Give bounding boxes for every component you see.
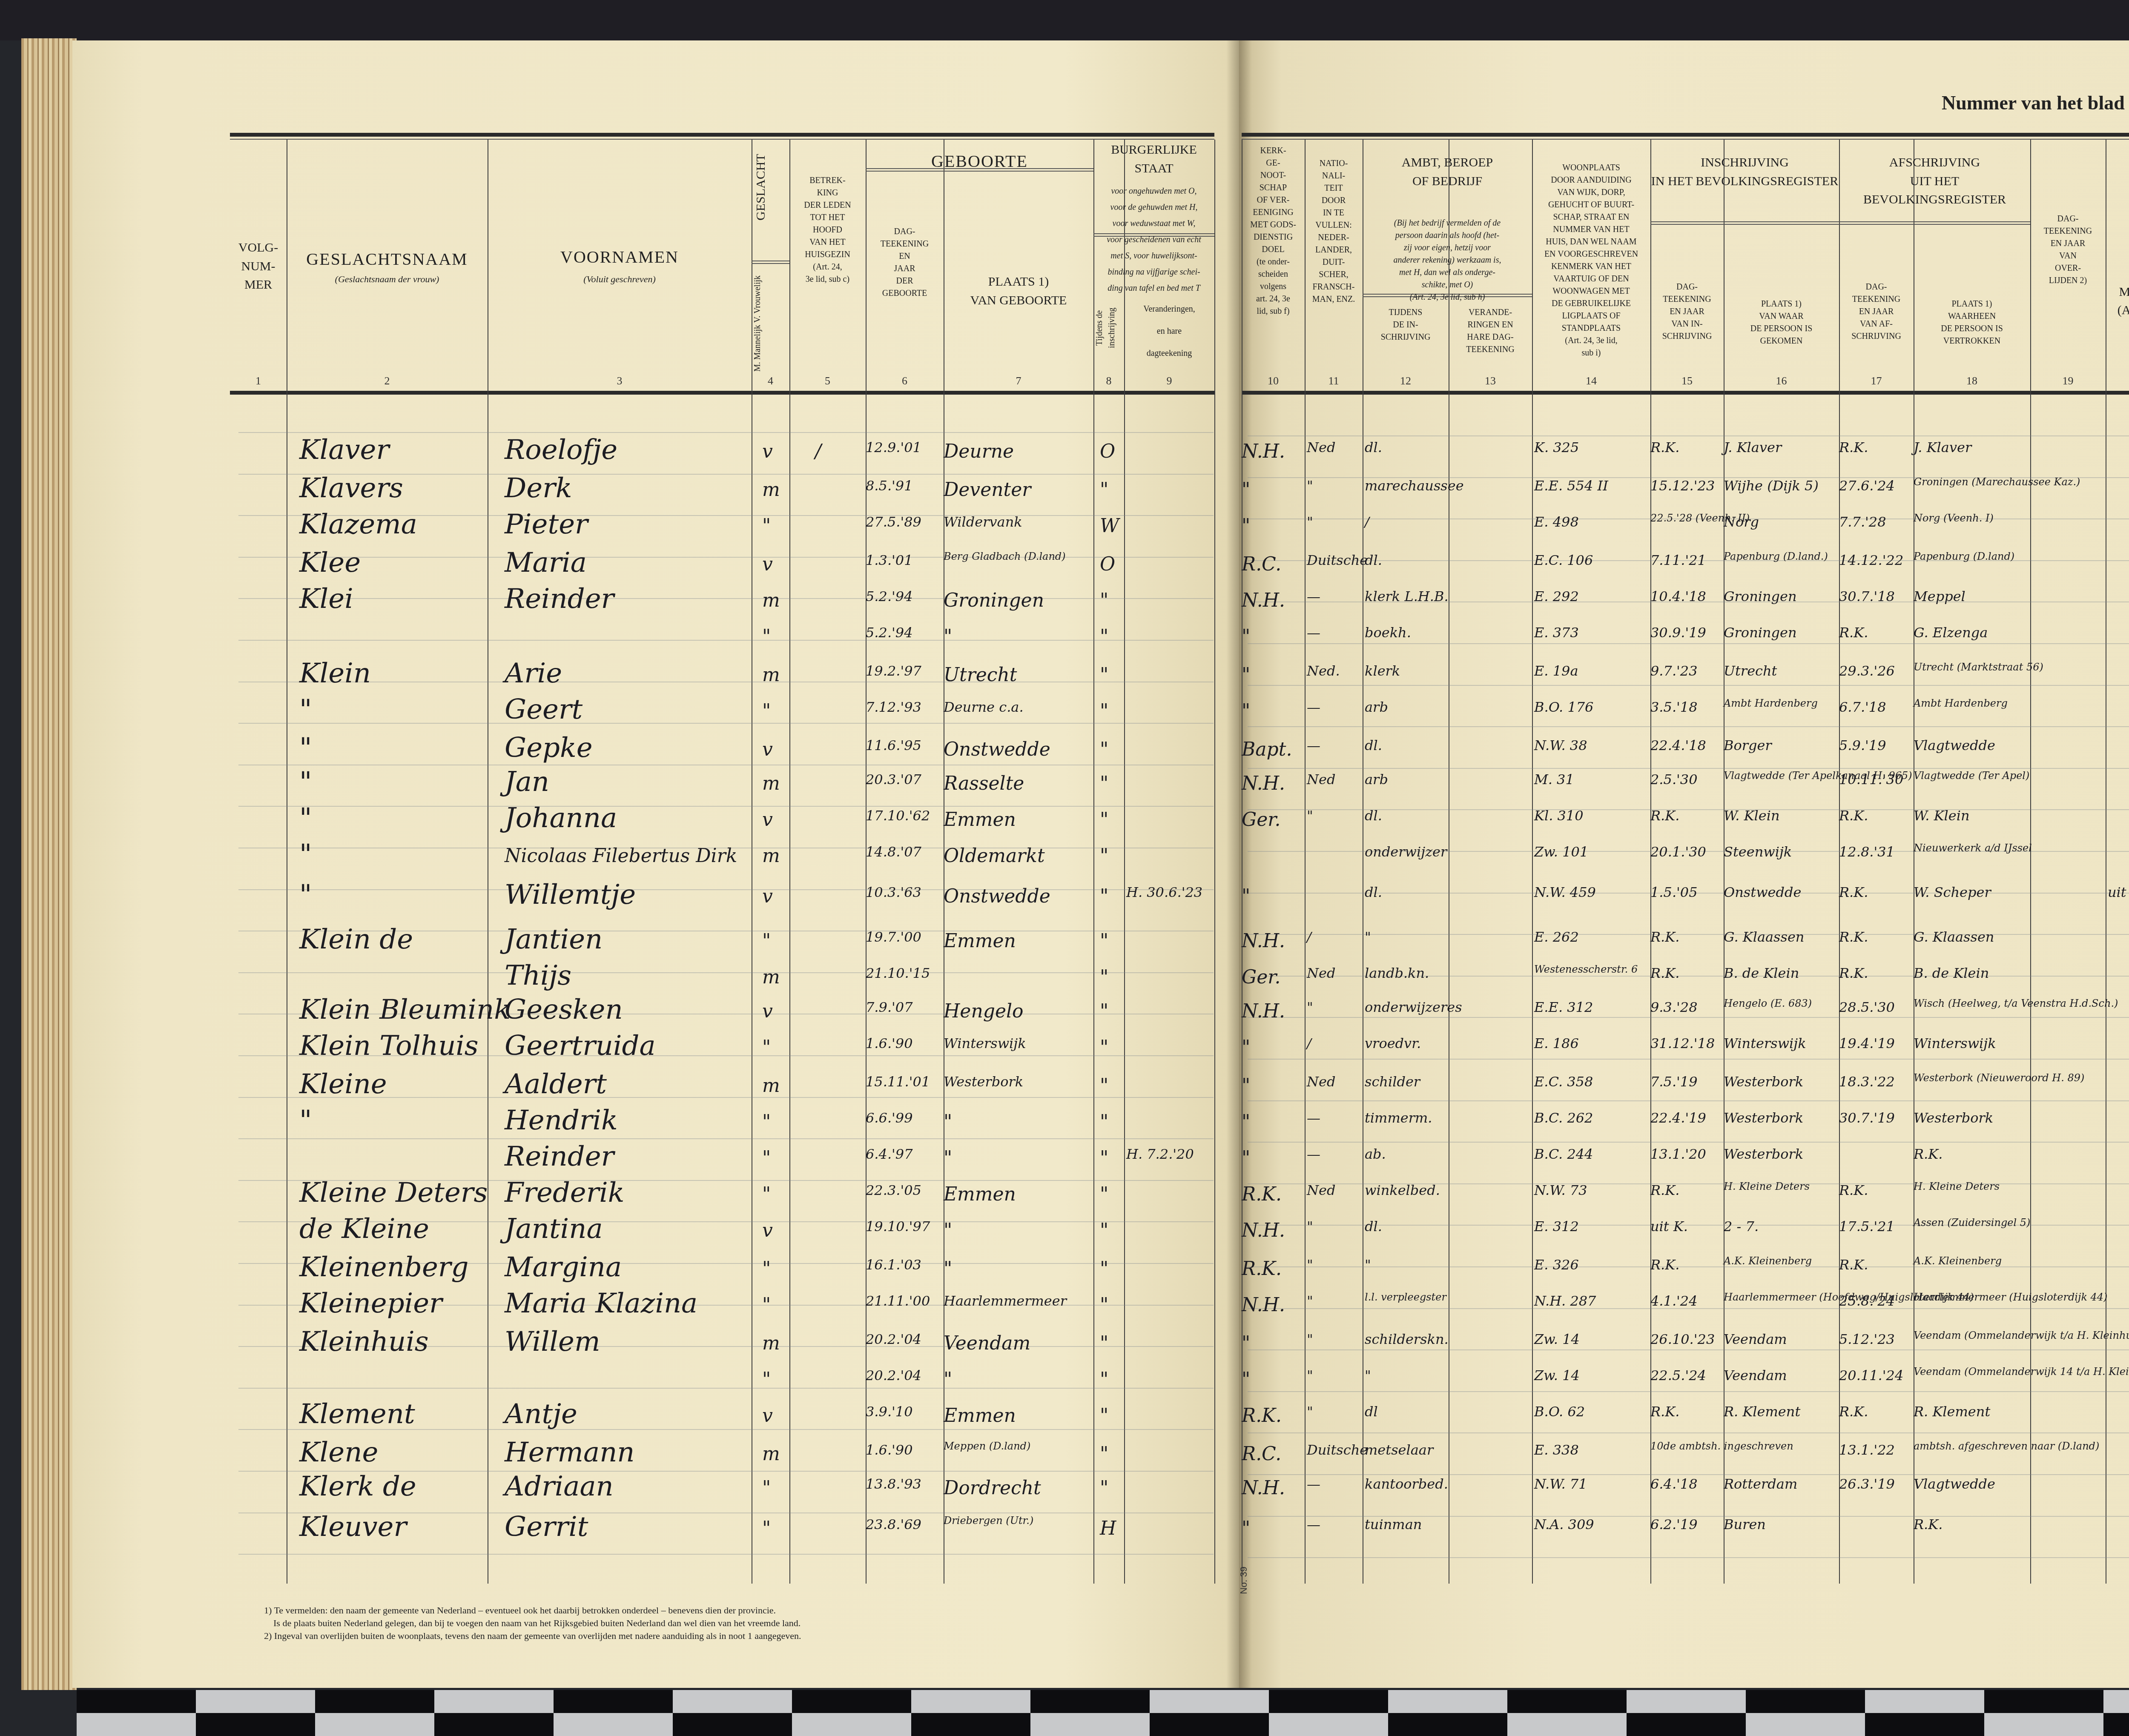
cell-church: Ger.	[1242, 966, 1280, 988]
cell-nationality: Ned	[1307, 1182, 1335, 1198]
cell-nationality: —	[1307, 1146, 1320, 1162]
column-number: 10	[1242, 375, 1305, 387]
cell-church: "	[1242, 1518, 1250, 1539]
cell-reg-from: A.K. Kleinenberg	[1724, 1255, 1812, 1267]
cell-birth-place: Deventer	[944, 479, 1031, 501]
column-number: 5	[789, 375, 866, 387]
cell-church: "	[1242, 885, 1250, 907]
column-number: 1	[230, 375, 287, 387]
cell-birth-date: 13.8.'93	[866, 1476, 921, 1492]
ruled-line	[238, 806, 1214, 807]
column-divider	[1305, 140, 1306, 1584]
header-betrekking: BETREK-KINGDER LEDENTOT HETHOOFDVAN HETH…	[789, 175, 866, 286]
cell-surname: Klerk de	[299, 1471, 416, 1502]
ruled-line	[238, 1554, 1214, 1555]
cell-surname: Klavers	[299, 473, 403, 504]
ruled-line	[1248, 435, 2129, 436]
header-geboorte-plaats: PLAATS 1)VAN GEBOORTE	[944, 272, 1093, 309]
ruled-line	[1248, 685, 2129, 686]
cell-birth-place: "	[944, 626, 952, 647]
cell-sex: "	[762, 626, 771, 647]
cell-church: N.H.	[1242, 590, 1285, 611]
column-divider	[1449, 140, 1449, 1584]
cell-birth-place: Berg Gladbach (D.land)	[944, 550, 1066, 562]
cell-church: Bapt.	[1242, 739, 1292, 760]
cell-birth-date: 5.2.'94	[866, 625, 913, 641]
cell-church: R.K.	[1242, 1258, 1282, 1280]
cell-nationality: "	[1307, 808, 1313, 824]
header-inschrijving-plaats: PLAATS 1)VAN WAARDE PERSOON ISGEKOMEN	[1724, 298, 1839, 347]
cell-reg-from: R. Klement	[1724, 1404, 1800, 1420]
cell-reg-from: Steenwijk	[1724, 844, 1792, 860]
cell-given: Willem	[505, 1326, 600, 1358]
cell-sex: v	[762, 1405, 773, 1427]
cell-church: R.C.	[1242, 553, 1281, 575]
cell-occupation: kantoorbed.	[1365, 1476, 1448, 1492]
cell-nationality: "	[1307, 1404, 1313, 1420]
column-divider	[287, 140, 287, 1584]
header-top-rule	[230, 133, 1214, 137]
cell-given: Margina	[505, 1252, 622, 1283]
column-number: 9	[1124, 375, 1214, 387]
cell-birth-date: 6.4.'97	[866, 1146, 913, 1162]
cell-dereg-date: 25.8.'24	[1839, 1293, 1895, 1309]
cell-dereg-date: 28.5.'30	[1839, 999, 1895, 1015]
cell-residence: E.E. 554 II	[1534, 478, 1608, 494]
cell-reg-date: 15.12.'23	[1650, 478, 1715, 494]
cell-birth-place: Deurne	[944, 441, 1014, 462]
cell-reg-date: 26.10.'23	[1650, 1331, 1715, 1347]
cell-birth-date: 11.6.'95	[866, 737, 921, 753]
ruled-line	[1248, 1474, 2129, 1475]
cell-sex: m	[762, 966, 780, 988]
column-number: 19	[2030, 375, 2106, 387]
header-burgerlijke-note: voor ongehuwden met O,voor de gehuwden m…	[1093, 183, 1214, 296]
cell-birth-place: Emmen	[944, 809, 1016, 831]
cell-dereg-to: R.K.	[1914, 1516, 1942, 1533]
cell-dereg-to: J. Klaver	[1914, 439, 1971, 455]
cell-surname: Klene	[299, 1437, 378, 1468]
cell-birth-place: Hengelo	[944, 1000, 1024, 1022]
cell-reg-from: Groningen	[1724, 588, 1797, 604]
header-group-rule	[1650, 221, 1839, 222]
cell-church: "	[1242, 1147, 1250, 1169]
cell-nationality: Duitsche	[1307, 552, 1368, 568]
cell-surname: Klein	[299, 658, 371, 689]
cell-relation: /	[815, 441, 821, 462]
cell-residence: E. 262	[1534, 929, 1579, 945]
ruled-line	[1248, 768, 2129, 769]
cell-given: Jantina	[505, 1213, 603, 1245]
cell-residence: E.C. 106	[1534, 552, 1593, 568]
cell-dereg-date: R.K.	[1839, 1404, 1868, 1420]
cell-sex: "	[762, 1369, 771, 1390]
column-number: 18	[1914, 375, 2030, 387]
cell-civil-change: H. 7.2.'20	[1126, 1146, 1194, 1162]
header-afschrijving-plaats: PLAATS 1)WAARHEENDE PERSOON ISVERTROKKEN	[1914, 298, 2030, 347]
cell-civil: "	[1100, 966, 1108, 988]
cell-surname: "	[299, 766, 312, 798]
cell-residence: B.O. 176	[1534, 699, 1593, 715]
cell-dereg-to: Groningen (Marechaussee Kaz.)	[1914, 476, 2047, 488]
column-number: 16	[1724, 375, 1839, 387]
cell-reg-date: 6.2.'19	[1650, 1516, 1698, 1533]
column-divider	[1214, 140, 1215, 1584]
ruled-line	[1248, 1432, 2129, 1433]
page-edges-left	[21, 38, 77, 1690]
cell-dereg-to: Haarlemmermeer (Huigsloterdijk 44)	[1914, 1291, 2047, 1303]
header-tijdens-inschrijving: Tijdens de inschrijving	[1093, 289, 1124, 366]
cell-birth-place: Onstwedde	[944, 739, 1050, 760]
header-woonplaats: WOONPLAATSDOOR AANDUIDINGVAN WIJK, DORP,…	[1532, 162, 1650, 359]
cell-birth-place: Onstwedde	[944, 885, 1050, 907]
cell-occupation: klerk L.H.B.	[1365, 588, 1449, 604]
cell-reg-date: 13.1.'20	[1650, 1146, 1706, 1162]
cell-dereg-date: 26.3.'19	[1839, 1476, 1895, 1492]
cell-dereg-to: Veendam (Ommelanderwijk t/a H. Kleinhuis…	[1914, 1329, 2047, 1341]
cell-reg-from: Haarlemmermeer (Hoofdweg/Huigsloterdijk …	[1724, 1291, 1856, 1303]
cell-surname: Klement	[299, 1398, 415, 1430]
cell-given: Thijs	[505, 960, 571, 991]
ruled-line	[238, 598, 1214, 599]
cell-dereg-to: Nieuwerkerk a/d IJssel	[1914, 842, 2032, 854]
cell-nationality: —	[1307, 625, 1320, 641]
cell-civil: "	[1100, 626, 1108, 647]
header-geslacht: GESLACHT	[752, 140, 789, 234]
ruled-line	[1248, 1100, 2129, 1101]
header-afschrijving: AFSCHRIJVINGUIT HET BEVOLKINGSREGISTER	[1839, 153, 2030, 209]
cell-residence: Zw. 14	[1534, 1331, 1580, 1347]
cell-church: "	[1242, 515, 1250, 537]
cell-birth-date: 20.3.'07	[866, 771, 921, 788]
column-number: 7	[944, 375, 1093, 387]
cell-surname: "	[299, 802, 312, 834]
cell-church: R.K.	[1242, 1405, 1282, 1427]
cell-reg-from: Vlagtwedde (Ter Apelkanaal H. 965)	[1724, 770, 1856, 782]
cell-birth-date: 21.11.'00	[866, 1293, 930, 1309]
cell-nationality: /	[1307, 1035, 1311, 1051]
cell-given: Gepke	[505, 732, 593, 764]
column-divider	[1363, 140, 1363, 1584]
cell-church: N.H.	[1242, 773, 1285, 794]
cell-residence: N.W. 73	[1534, 1182, 1587, 1198]
cell-residence: E. 373	[1534, 625, 1579, 641]
cell-reg-date: 30.9.'19	[1650, 625, 1706, 641]
column-divider	[789, 140, 790, 1584]
cell-residence: E. 292	[1534, 588, 1579, 604]
cell-given: Derk	[505, 473, 572, 504]
cell-surname: "	[299, 879, 312, 911]
cell-given: Geert	[505, 694, 582, 725]
header-top-rule-thin	[230, 139, 1214, 140]
header-ambt-tijdens: TIJDENSDE IN-SCHRIJVING	[1363, 307, 1449, 344]
cell-birth-place: Oldemarkt	[944, 845, 1045, 867]
header-geslachtsnaam: GESLACHTSNAAM	[287, 247, 488, 272]
cell-sex: "	[762, 1477, 771, 1499]
cell-dereg-date: 12.8.'31	[1839, 844, 1895, 860]
cell-surname: Klazema	[299, 509, 417, 540]
cell-dereg-date: 20.11.'24	[1839, 1367, 1903, 1384]
cell-church: N.H.	[1242, 930, 1285, 952]
cell-surname: Klein de	[299, 924, 413, 955]
ruled-line	[1248, 726, 2129, 727]
cell-reg-date: 20.1.'30	[1650, 844, 1706, 860]
cell-surname: Kleinenberg	[299, 1252, 468, 1283]
cell-civil: "	[1100, 1000, 1108, 1022]
ruled-line	[238, 723, 1214, 724]
cell-occupation: "	[1365, 929, 1371, 945]
cell-reg-from: Ambt Hardenberg	[1724, 697, 1818, 709]
cell-dereg-to: Ambt Hardenberg	[1914, 697, 2008, 709]
cell-given: Antje	[505, 1398, 577, 1430]
cell-sex: v	[762, 739, 773, 760]
cell-birth-date: 22.3.'05	[866, 1182, 921, 1198]
cell-nationality: Ned.	[1307, 663, 1340, 679]
header-geslacht-sub: M. Mannelijk V. Vrouwelijk	[752, 268, 789, 379]
cell-given: Reinder	[505, 583, 614, 615]
cell-dereg-date: R.K.	[1839, 625, 1868, 641]
cell-nationality: —	[1307, 1476, 1320, 1492]
header-afschrijving-dag: DAG-TEEKENINGEN JAARVAN AF-SCHRIJVING	[1839, 281, 1914, 343]
cell-sex: m	[762, 479, 780, 501]
cell-occupation: vroedvr.	[1365, 1035, 1421, 1051]
header-bottom-rule	[1242, 391, 2129, 395]
cell-sex: v	[762, 1220, 773, 1241]
cell-sex: m	[762, 1075, 780, 1097]
cell-civil: "	[1100, 664, 1108, 686]
cell-given: Jan	[505, 766, 549, 798]
cell-residence: E. 19a	[1534, 663, 1578, 679]
cell-birth-date: 1.6.'90	[866, 1035, 913, 1051]
cell-birth-place: Meppen (D.land)	[944, 1440, 1030, 1452]
cell-dereg-date: R.K.	[1839, 965, 1868, 981]
cell-occupation: winkelbed.	[1365, 1182, 1440, 1198]
header-voornamen: VOORNAMEN	[488, 245, 752, 269]
cell-surname: Kleinhuis	[299, 1326, 429, 1358]
cell-nationality: Ned	[1307, 439, 1335, 455]
cell-sex: "	[762, 515, 771, 537]
cell-residence: N.A. 309	[1534, 1516, 1594, 1533]
cell-occupation: landb.kn.	[1365, 965, 1429, 981]
ruled-line	[1248, 1391, 2129, 1392]
cell-reg-from: Wijhe (Dijk 5)	[1724, 478, 1819, 494]
cell-sex: v	[762, 809, 773, 831]
cell-occupation: "	[1365, 1257, 1371, 1273]
cell-birth-date: 14.8.'07	[866, 844, 921, 860]
cell-dereg-to: Veendam (Ommelanderwijk 14 t/a H. Kleinh…	[1914, 1366, 2047, 1378]
cell-birth-date: 3.9.'10	[866, 1404, 913, 1420]
cell-given: Reinder	[505, 1141, 614, 1172]
cell-civil: "	[1100, 1147, 1108, 1169]
cell-surname: Kleine Deters	[299, 1177, 488, 1209]
cell-occupation: arb	[1365, 771, 1388, 788]
cell-sex: "	[762, 1294, 771, 1316]
cell-residence: Zw. 101	[1534, 844, 1588, 860]
cell-birth-place: Groningen	[944, 590, 1044, 611]
footnote-2: 2) Ingeval van overlijden buiten de woon…	[264, 1630, 1073, 1641]
header-voornamen-sub: (Voluit geschreven)	[488, 272, 752, 286]
cell-reg-from: Groningen	[1724, 625, 1797, 641]
cell-reg-from: Winterswijk	[1724, 1035, 1806, 1051]
cell-given: Jantien	[505, 924, 603, 955]
cell-sex: v	[762, 553, 773, 575]
cell-birth-date: 7.9.'07	[866, 999, 913, 1015]
cell-reg-date: 4.1.'24	[1650, 1293, 1698, 1309]
cell-residence: N.H. 287	[1534, 1293, 1596, 1309]
cell-reg-date: R.K.	[1650, 1182, 1679, 1198]
cell-dereg-to: Wisch (Heelweg, t/a Veenstra H.d.Sch.)	[1914, 997, 2047, 1009]
cell-dereg-date: 18.3.'22	[1839, 1074, 1895, 1090]
cell-dereg-to: W. Klein	[1914, 808, 1970, 824]
ruled-line	[238, 640, 1214, 641]
cell-residence: Zw. 14	[1534, 1367, 1580, 1384]
cell-civil: W	[1100, 515, 1119, 537]
cell-surname: Klei	[299, 583, 353, 615]
cell-dereg-to: A.K. Kleinenberg	[1914, 1255, 2002, 1267]
cell-occupation: l.l. verpleegster	[1365, 1291, 1446, 1303]
cell-birth-date: 15.11.'01	[866, 1074, 930, 1090]
ruled-line	[1248, 1142, 2129, 1143]
header-kerkgenootschap: KERK-GE-NOOT-SCHAPOF VER-EENIGINGMET GOD…	[1242, 145, 1305, 318]
cell-residence: E. 186	[1534, 1035, 1579, 1051]
cell-nationality: "	[1307, 1367, 1313, 1384]
cell-residence: N.W. 38	[1534, 737, 1587, 753]
column-divider	[488, 140, 488, 1584]
cell-surname: Kleine	[299, 1069, 387, 1100]
cell-given: Maria	[505, 547, 587, 579]
cell-nationality: "	[1307, 1293, 1313, 1309]
cell-reg-from: Buren	[1724, 1516, 1766, 1533]
column-number: 20	[2106, 375, 2129, 387]
cell-reg-from: G. Klaassen	[1724, 929, 1804, 945]
cell-reg-date: 3.5.'18	[1650, 699, 1698, 715]
cell-birth-date: 16.1.'03	[866, 1257, 921, 1273]
cell-church: R.K.	[1242, 1183, 1282, 1205]
cell-dereg-date: 13.1.'22	[1839, 1442, 1895, 1458]
cell-church: "	[1242, 664, 1250, 686]
cell-reg-from: Hengelo (E. 683)	[1724, 997, 1812, 1009]
cell-residence: M. 31	[1534, 771, 1574, 788]
cell-occupation: "	[1365, 1367, 1371, 1384]
cell-church: N.H.	[1242, 1220, 1285, 1241]
ruled-line	[238, 557, 1214, 558]
cell-nationality: "	[1307, 478, 1313, 494]
cell-birth-date: 12.9.'01	[866, 439, 921, 455]
cell-dereg-date: 30.7.'19	[1839, 1110, 1895, 1126]
header-ambt: AMBT, BEROEPOF BEDRIJF	[1363, 153, 1532, 190]
cell-occupation: dl.	[1365, 808, 1382, 824]
cell-residence: E. 326	[1534, 1257, 1579, 1273]
cell-birth-place: "	[944, 1111, 952, 1133]
cell-birth-place: Driebergen (Utr.)	[944, 1515, 1033, 1527]
cell-nationality: —	[1307, 588, 1320, 604]
cell-occupation: klerk	[1365, 663, 1400, 679]
cell-occupation: boekh.	[1365, 625, 1411, 641]
cell-birth-date: 17.10.'62	[866, 808, 930, 824]
cell-given: Willemtje	[505, 879, 636, 911]
cell-reg-date: 7.11.'21	[1650, 552, 1706, 568]
cell-birth-place: Winterswijk	[944, 1035, 1026, 1051]
cell-given: Adriaan	[505, 1471, 614, 1502]
cell-civil: H	[1100, 1518, 1116, 1539]
cell-civil: "	[1100, 1075, 1108, 1097]
cell-occupation: dl.	[1365, 439, 1382, 455]
cell-nationality: —	[1307, 1516, 1320, 1533]
cell-dereg-to: Winterswijk	[1914, 1035, 1996, 1051]
column-number: 4	[752, 375, 789, 387]
cell-reg-from: Onstwedde	[1724, 884, 1801, 900]
cell-dereg-to: Assen (Zuidersingel 5)	[1914, 1217, 2030, 1229]
cell-sex: m	[762, 845, 780, 867]
cell-nationality: Ned	[1307, 1074, 1335, 1090]
cell-sex: "	[762, 1037, 771, 1058]
cell-reg-from: Westerbork	[1724, 1074, 1803, 1090]
cell-surname: Kleinepier	[299, 1288, 442, 1319]
cell-reg-date: 10de ambtsh. ingeschreven	[1650, 1440, 1741, 1452]
cell-reg-from: Veendam	[1724, 1331, 1787, 1347]
cell-residence: Kl. 310	[1534, 808, 1584, 824]
header-burgerlijke-staat: BURGERLIJKESTAAT	[1093, 140, 1214, 178]
cell-civil: "	[1100, 1294, 1108, 1316]
ruled-line	[238, 765, 1214, 765]
ruled-line	[1248, 643, 2129, 644]
cell-birth-date: 23.8.'69	[866, 1516, 921, 1533]
cell-dereg-date: 14.12.'22	[1839, 552, 1903, 568]
cell-reg-from: W. Klein	[1724, 808, 1780, 824]
cell-birth-place: Rasselte	[944, 773, 1024, 794]
cell-birth-date: 5.2.'94	[866, 588, 913, 604]
cell-surname: "	[299, 732, 312, 764]
cell-birth-place: Dordrecht	[944, 1477, 1041, 1499]
cell-occupation: metselaar	[1365, 1442, 1433, 1458]
cell-birth-place: "	[944, 1369, 952, 1390]
cell-sex: "	[762, 930, 771, 952]
footnote-1-cont: Is de plaats buiten Nederland gelegen, d…	[273, 1618, 1082, 1629]
cell-surname: "	[299, 839, 312, 870]
header-ambt-veranderingen: VERANDE-RINGEN ENHARE DAG-TEEKENING	[1449, 307, 1532, 356]
cell-residence: B.O. 62	[1534, 1404, 1585, 1420]
cell-church: N.H.	[1242, 1294, 1285, 1316]
cell-church: "	[1242, 1075, 1250, 1097]
cell-birth-place: Emmen	[944, 930, 1016, 952]
cell-nationality: —	[1307, 1110, 1320, 1126]
cell-residence: B.C. 262	[1534, 1110, 1593, 1126]
cell-given: Aaldert	[505, 1069, 607, 1100]
cell-birth-place: "	[944, 1147, 952, 1169]
ruled-line	[238, 889, 1214, 890]
cell-reg-date: 6.4.'18	[1650, 1476, 1698, 1492]
book-cover-top	[0, 0, 2129, 40]
cell-civil-change: H. 30.6.'23	[1126, 884, 1202, 900]
cell-surname: "	[299, 694, 312, 725]
cell-church: N.H.	[1242, 1477, 1285, 1499]
cell-birth-place: Emmen	[944, 1405, 1016, 1427]
header-ambt-note: (Bij het bedrijf vermelden of depersoon …	[1363, 217, 1532, 304]
header-veranderingen: Veranderingen,en haredagteekening	[1124, 298, 1214, 364]
cell-reg-date: 1.5.'05	[1650, 884, 1698, 900]
cell-civil: "	[1100, 1443, 1108, 1465]
cell-surname: Kleuver	[299, 1511, 407, 1543]
header-geslachtsnaam-sub: (Geslachtsnaam der vrouw)	[287, 272, 488, 286]
cell-nationality: /	[1307, 929, 1311, 945]
header-group-rule	[1650, 224, 1839, 225]
cell-given: Maria Klazina	[505, 1288, 697, 1319]
cell-occupation: /	[1365, 514, 1369, 530]
cell-dereg-to: H. Kleine Deters	[1914, 1180, 2000, 1192]
cell-birth-place: "	[944, 1220, 952, 1241]
header-aanmerkingen: AAN-MERKINGEN(Art. 24, 5e lid)	[2106, 264, 2129, 320]
cell-nationality: —	[1307, 699, 1320, 715]
